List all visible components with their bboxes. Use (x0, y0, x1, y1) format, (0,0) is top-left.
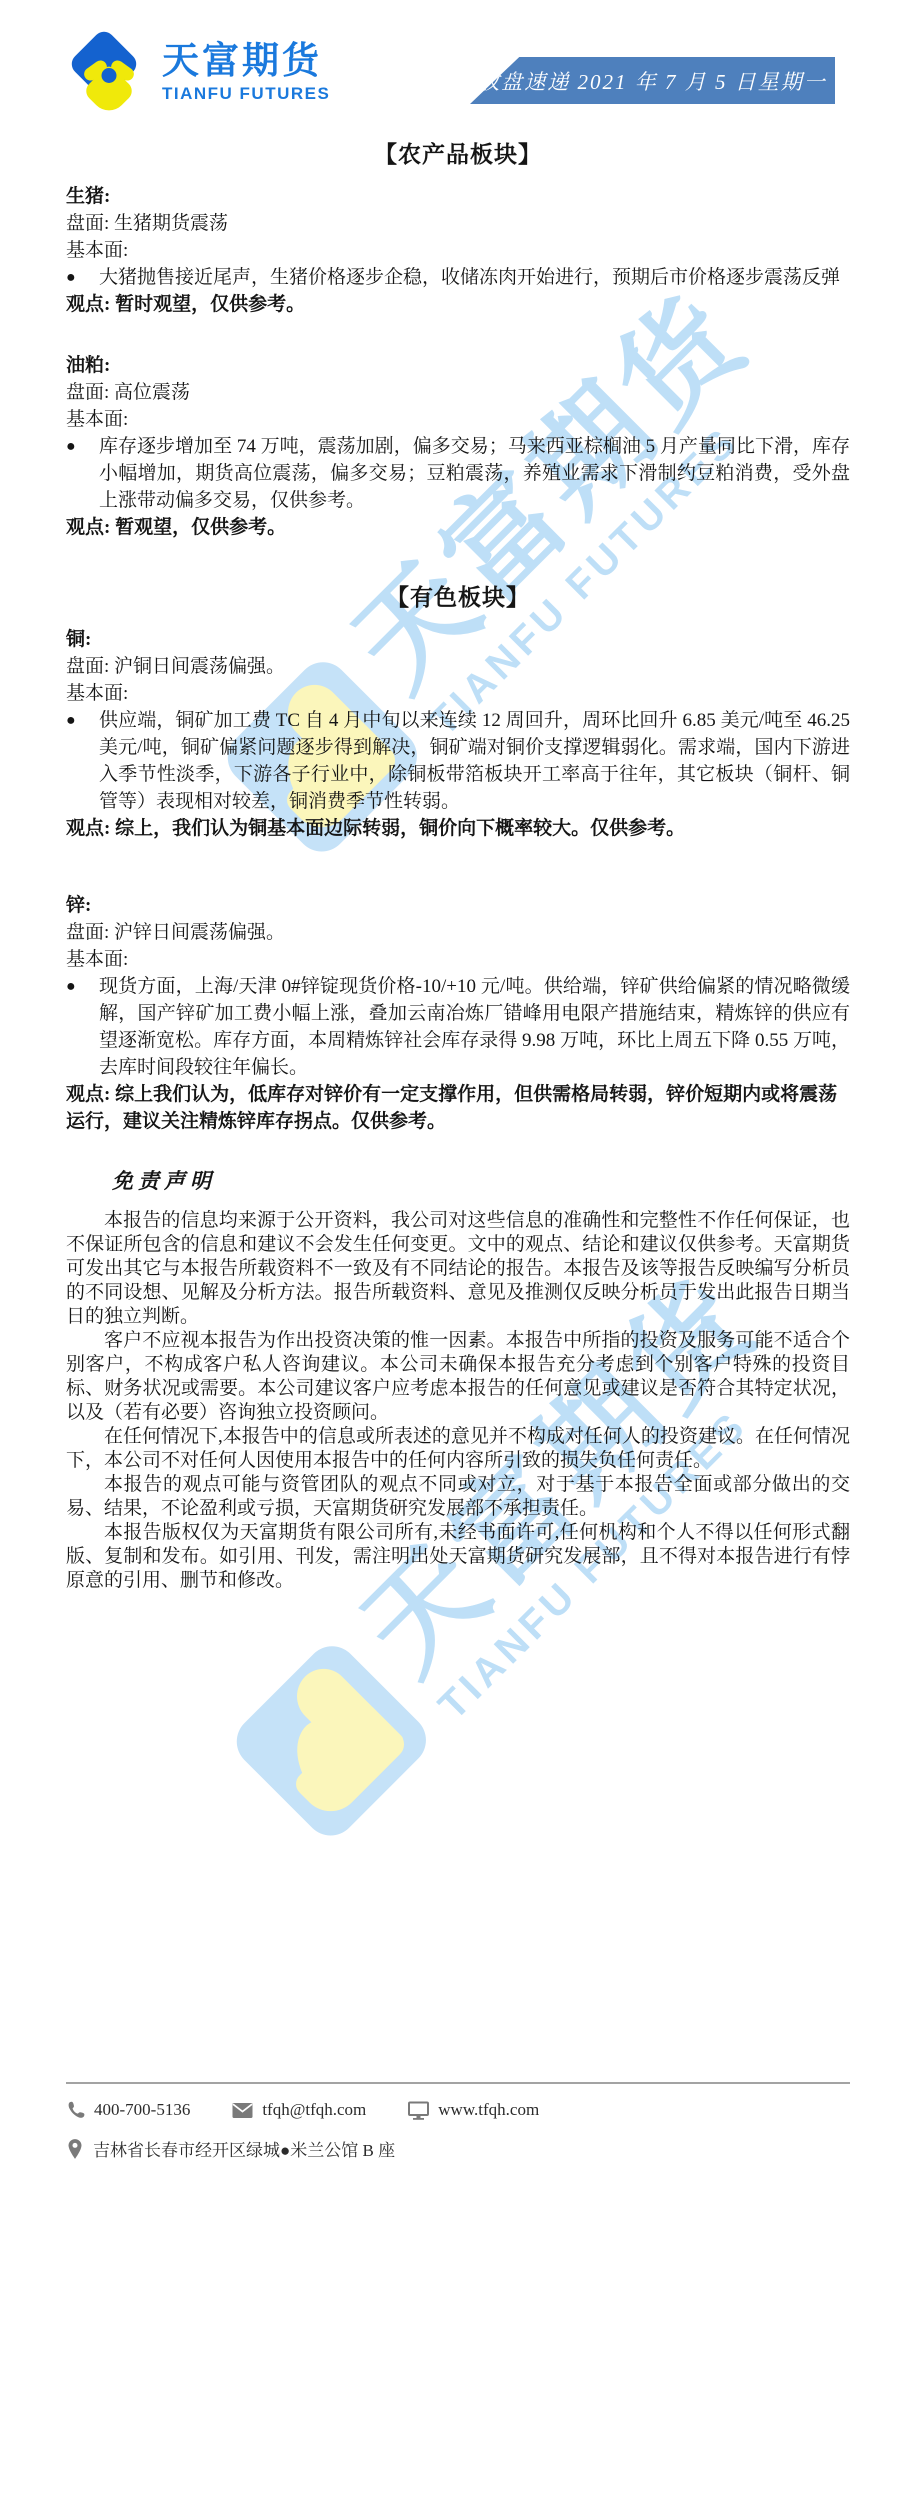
viewpoint-line: 观点: 暂时观望，仅供参考。 (66, 291, 850, 318)
footer-website-text: www.tfqh.com (438, 2100, 539, 2120)
commodity-name: 油粕: (66, 352, 850, 379)
bullet-icon: ● (66, 264, 99, 291)
envelope-icon (232, 2102, 253, 2119)
footer-phone: 400-700-5136 (66, 2100, 190, 2120)
date-banner: 收盘速递 2021 年 7 月 5 日星期一 (470, 57, 835, 104)
report-page: 天富期货 TIANFU FUTURES 天富期货 TIANFU FUTURES (0, 0, 900, 2494)
fundamentals-label: 基本面: (66, 237, 850, 264)
bullet-text: 现货方面，上海/天津 0#锌锭现货价格-10/+10 元/吨。供给端，锌矿供给偏… (99, 973, 850, 1081)
fundamentals-bullet: ● 现货方面，上海/天津 0#锌锭现货价格-10/+10 元/吨。供给端，锌矿供… (66, 973, 850, 1081)
fundamentals-bullet: ● 供应端，铜矿加工费 TC 自 4 月中旬以来连续 12 周回升，周环比回升 … (66, 707, 850, 815)
fundamentals-label: 基本面: (66, 406, 850, 433)
company-name-cn: 天富期货 (162, 42, 330, 81)
market-line: 盘面: 高位震荡 (66, 379, 850, 406)
footer-phone-text: 400-700-5136 (94, 2100, 190, 2120)
fundamentals-label: 基本面: (66, 946, 850, 973)
fundamentals-label: 基本面: (66, 680, 850, 707)
bullet-text: 库存逐步增加至 74 万吨，震荡加剧，偏多交易；马来西亚棕榈油 5 月产量同比下… (99, 433, 850, 514)
footer-address-text: 吉林省长春市经开区绿城●米兰公馆 B 座 (93, 2136, 395, 2161)
footer-address: 吉林省长春市经开区绿城●米兰公馆 B 座 (66, 2136, 395, 2161)
disclaimer-title: 免责声明 (66, 1165, 850, 1195)
commodity-block-zinc: 锌: 盘面: 沪锌日间震荡偏强。 基本面: ● 现货方面，上海/天津 0#锌锭现… (66, 892, 850, 1135)
section-title-nonferrous: 【有色板块】 (66, 579, 850, 612)
commodity-name: 锌: (66, 892, 850, 919)
disclaimer-paragraph: 本报告的信息均来源于公开资料，我公司对这些信息的准确性和完整性不作任何保证，也不… (66, 1209, 850, 1329)
disclaimer-section: 免责声明 本报告的信息均来源于公开资料，我公司对这些信息的准确性和完整性不作任何… (66, 1165, 850, 1593)
monitor-icon (408, 2101, 429, 2120)
disclaimer-paragraph: 在任何情况下,本报告中的信息或所表述的意见并不构成对任何人的投资建议。在任何情况… (66, 1425, 850, 1473)
fundamentals-bullet: ● 库存逐步增加至 74 万吨，震荡加剧，偏多交易；马来西亚棕榈油 5 月产量同… (66, 433, 850, 514)
footer-email: tfqh@tfqh.com (232, 2100, 366, 2120)
footer-email-text: tfqh@tfqh.com (262, 2100, 366, 2120)
date-banner-text: 收盘速递 2021 年 7 月 5 日星期一 (478, 66, 827, 96)
disclaimer-paragraph: 本报告版权仅为天富期货有限公司所有,未经书面许可,任何机构和个人不得以任何形式翻… (66, 1521, 850, 1593)
footer-website: www.tfqh.com (408, 2100, 539, 2120)
commodity-block-copper: 铜: 盘面: 沪铜日间震荡偏强。 基本面: ● 供应端，铜矿加工费 TC 自 4… (66, 626, 850, 842)
viewpoint-line: 观点: 综上我们认为，低库存对锌价有一定支撑作用，但供需格局转弱，锌价短期内或将… (66, 1081, 850, 1135)
section-title-agricultural: 【农产品板块】 (66, 136, 850, 169)
bullet-icon: ● (66, 973, 99, 1081)
commodity-block-oilmeal: 油粕: 盘面: 高位震荡 基本面: ● 库存逐步增加至 74 万吨，震荡加剧，偏… (66, 352, 850, 541)
bullet-text: 供应端，铜矿加工费 TC 自 4 月中旬以来连续 12 周回升，周环比回升 6.… (99, 707, 850, 815)
market-line: 盘面: 生猪期货震荡 (66, 210, 850, 237)
bullet-icon: ● (66, 707, 99, 815)
viewpoint-line: 观点: 综上，我们认为铜基本面边际转弱，铜价向下概率较大。仅供参考。 (66, 815, 850, 842)
bullet-text: 大猪抛售接近尾声，生猪价格逐步企稳，收储冻肉开始进行，预期后市价格逐步震荡反弹 (99, 264, 850, 291)
commodity-name: 生猪: (66, 183, 850, 210)
commodity-name: 铜: (66, 626, 850, 653)
commodity-block-pig: 生猪: 盘面: 生猪期货震荡 基本面: ● 大猪抛售接近尾声，生猪价格逐步企稳，… (66, 183, 850, 318)
footer-divider (66, 2082, 850, 2084)
watermark-logo-mark-icon (226, 1635, 437, 1846)
market-line: 盘面: 沪铜日间震荡偏强。 (66, 653, 850, 680)
contact-footer: 400-700-5136 tfqh@tfqh.com www.tfqh.com (66, 2082, 850, 2161)
location-pin-icon (66, 2138, 84, 2160)
report-header: 天富期货 TIANFU FUTURES 收盘速递 2021 年 7 月 5 日星… (66, 28, 850, 120)
viewpoint-line: 观点: 暂观望，仅供参考。 (66, 514, 850, 541)
company-name-en: TIANFU FUTURES (162, 84, 330, 104)
market-line: 盘面: 沪锌日间震荡偏强。 (66, 919, 850, 946)
disclaimer-paragraph: 客户不应视本报告为作出投资决策的惟一因素。本报告中所指的投资及服务可能不适合个别… (66, 1329, 850, 1425)
phone-icon (66, 2101, 85, 2120)
fundamentals-bullet: ● 大猪抛售接近尾声，生猪价格逐步企稳，收储冻肉开始进行，预期后市价格逐步震荡反… (66, 264, 850, 291)
disclaimer-paragraph: 本报告的观点可能与资管团队的观点不同或对立，对于基于本报告全面或部分做出的交易、… (66, 1473, 850, 1521)
bullet-icon: ● (66, 433, 99, 514)
company-logo-diamond-icon (66, 28, 152, 114)
